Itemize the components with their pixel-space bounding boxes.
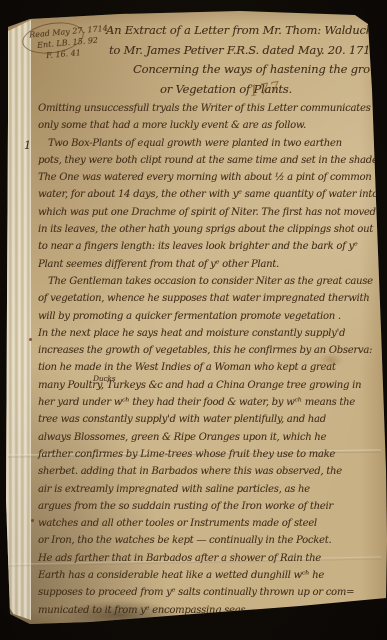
manuscript-line: Omitting unsuccessfull tryals the Writer…	[38, 100, 372, 117]
manuscript-line: will by promoting a quicker fermentation…	[38, 308, 372, 325]
manuscript-line: sherbet. adding that in Barbados where t…	[38, 463, 372, 480]
manuscript-body: Omitting unsuccessfull tryals the Writer…	[38, 100, 372, 619]
manuscript-line: Two Box-Plants of equal growth were plan…	[38, 135, 372, 152]
manuscript-line: farther confirmes by Lime-trees whose fr…	[38, 446, 372, 463]
manuscript-line: tion he made in the West Indies of a Wom…	[38, 359, 372, 376]
manuscript-line: watches and all other tooles or Instrume…	[38, 515, 372, 532]
title-line-3: Concerning the ways of hastening the gro…	[133, 60, 387, 80]
manuscript-line: increases the growth of vegetables, this…	[38, 342, 372, 359]
manuscript-line-text: water, for about 14 days, the other with…	[38, 189, 378, 200]
manuscript-line-text: pots, they were both clipt round at the …	[38, 155, 381, 166]
manuscript-line-text: municated to it from yᵉ encompassing sea…	[38, 605, 248, 616]
manuscript-line: her yard under wᶜʰ they had their food &…	[38, 394, 372, 411]
manuscript-line-text: always Blossomes, green & Ripe Oranges u…	[38, 432, 326, 443]
manuscript-line-text: Two Box-Plants of equal growth were plan…	[48, 138, 342, 149]
manuscript-line-text: supposes to proceed from yᵉ salts contin…	[38, 587, 354, 598]
manuscript-line-text: farther confirmes by Lime-trees whose fr…	[38, 449, 335, 460]
read-annotation: Read May 27. 1714 Ent. LB. 15. 92 F. 16.…	[29, 23, 110, 63]
manuscript-line-text: or Iron, tho the watches be kept — conti…	[38, 535, 331, 546]
manuscript-line: He ads farther that in Barbados after a …	[38, 550, 372, 567]
manuscript-line: The One was watered every morning with a…	[38, 169, 372, 186]
ink-dot	[31, 519, 34, 522]
manuscript-line: in its leaves, the other hath young spri…	[38, 221, 372, 238]
interlinear-insertion: Ducks	[93, 370, 115, 387]
title-line-2: to Mr. James Petiver F.R.S. dated May. 2…	[109, 41, 387, 61]
manuscript-line-text: her yard under wᶜʰ they had their food &…	[38, 397, 355, 408]
manuscript-line: Plant seemes different from that of yᵉ o…	[38, 256, 372, 273]
manuscript-line-text: only some that had a more luckly event &…	[38, 120, 306, 131]
letter-title: An Extract of a Letter from Mr. Thom: Wa…	[106, 21, 387, 99]
photo-stage: Read May 27. 1714 Ent. LB. 15. 92 F. 16.…	[0, 0, 387, 640]
manuscript-line-text: argues from the so suddain rusting of th…	[38, 501, 333, 512]
manuscript-line-text: which was put one Drachme of spirit of N…	[38, 207, 376, 218]
manuscript-line: only some that had a more luckly event &…	[38, 117, 372, 134]
manuscript-line: air is extreamly impregnated with saline…	[38, 481, 372, 498]
manuscript-line-text: The One was watered every morning with a…	[38, 172, 371, 183]
manuscript-line: The Gentleman takes occasion to consider…	[38, 273, 372, 290]
manuscript-line: municated to it from yᵉ encompassing sea…	[38, 602, 372, 619]
manuscript-line: or Iron, tho the watches be kept — conti…	[38, 532, 372, 549]
manuscript-line: always Blossomes, green & Ripe Oranges u…	[38, 429, 372, 446]
manuscript-line-text: increases the growth of vegetables, this…	[38, 345, 372, 356]
manuscript-line-text: watches and all other tooles or Instrume…	[38, 518, 317, 529]
manuscript-line: supposes to proceed from yᵉ salts contin…	[38, 584, 372, 601]
manuscript-line: pots, they were both clipt round at the …	[38, 152, 372, 169]
title-line-1: An Extract of a Letter from Mr. Thom: Wa…	[106, 21, 387, 41]
manuscript-line-text: Omitting unsuccessfull tryals the Writer…	[38, 103, 371, 114]
manuscript-line: In the next place he says heat and moist…	[38, 325, 372, 342]
manuscript-line-text: Plant seemes different from that of yᵉ o…	[38, 259, 279, 270]
manuscript-line: to near a fingers length: its leaves loo…	[38, 238, 372, 255]
manuscript-line-text: The Gentleman takes occasion to consider…	[48, 276, 373, 287]
manuscript-line-text: many Poultry, Turkeys &c and had a China…	[38, 380, 361, 391]
page-fore-edges	[6, 20, 31, 620]
manuscript-line: tree was constantly supply'd with water …	[38, 411, 372, 428]
manuscript-line: Earth has a considerable heat like a wet…	[38, 567, 372, 584]
manuscript-line-text: tion he made in the West Indies of a Wom…	[38, 362, 336, 373]
manuscript-line-text: In the next place he says heat and moist…	[38, 328, 345, 339]
manuscript-line: argues from the so suddain rusting of th…	[38, 498, 372, 515]
manuscript-line-text: will by promoting a quicker fermentation…	[38, 311, 341, 322]
manuscript-line-text: He ads farther that in Barbados after a …	[38, 553, 321, 564]
manuscript-line: which was put one Drachme of spirit of N…	[38, 204, 372, 221]
manuscript-line-text: air is extreamly impregnated with saline…	[38, 484, 310, 495]
manuscript-line: water, for about 14 days, the other with…	[38, 186, 372, 203]
manuscript-line-text: in its leaves, the other hath young spri…	[38, 224, 373, 235]
manuscript-line: of vegetation, whence he supposes that w…	[38, 290, 372, 307]
manuscript-line-text: Earth has a considerable heat like a wet…	[38, 570, 324, 581]
manuscript-line-text: tree was constantly supply'd with water …	[38, 414, 326, 425]
manuscript-line-text: of vegetation, whence he supposes that w…	[38, 293, 369, 304]
manuscript-line: Ducksmany Poultry, Turkeys &c and had a …	[38, 377, 372, 394]
ink-dot	[29, 338, 32, 341]
manuscript-line-text: sherbet. adding that in Barbados where t…	[38, 466, 342, 477]
manuscript-page: Read May 27. 1714 Ent. LB. 15. 92 F. 16.…	[0, 0, 387, 640]
paragraph-number: 1	[24, 139, 31, 152]
manuscript-line-text: to near a fingers length: its leaves loo…	[38, 241, 358, 252]
